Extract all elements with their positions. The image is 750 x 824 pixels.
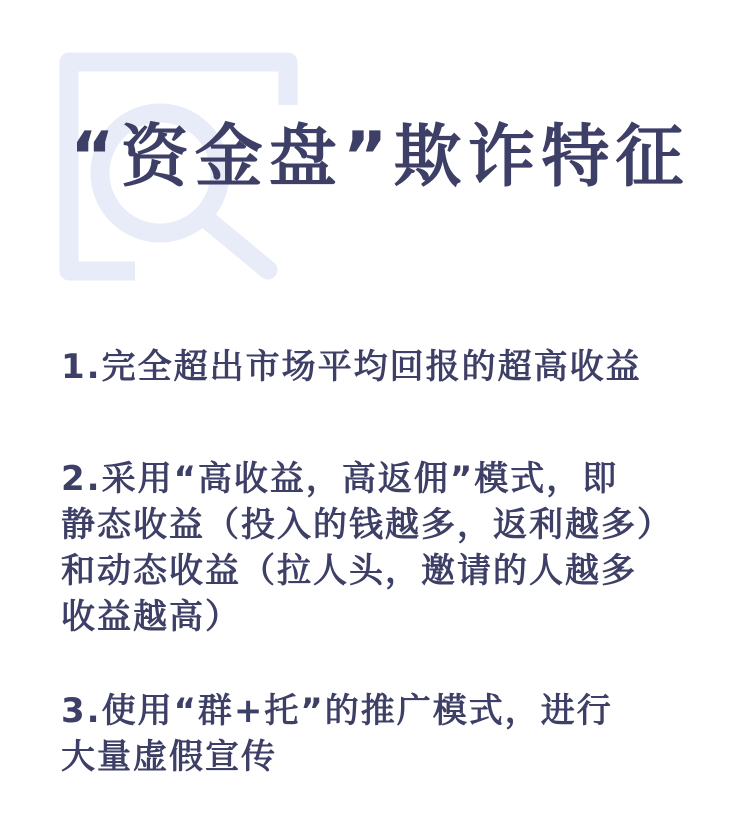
list-item-text: 静态收益（投入的钱越多，返利越多） — [61, 502, 721, 548]
list-item-text: 和动态收益（拉人头，邀请的人越多 — [61, 548, 721, 594]
list-item: 1.完全超出市场平均回报的超高收益 — [61, 344, 721, 390]
page-title: “资金盘”欺诈特征 — [70, 108, 750, 208]
list-item-text: 大量虚假宣传 — [61, 734, 721, 780]
list-item: 2.采用“高收益，高返佣”模式，即 静态收益（投入的钱越多，返利越多） 和动态收… — [61, 456, 721, 640]
list-item-text: 2.采用“高收益，高返佣”模式，即 — [61, 456, 721, 502]
list-item-text: 收益越高） — [61, 594, 721, 640]
list-item-text: 3.使用“群+托”的推广模式，进行 — [61, 688, 721, 734]
list-item-text: 1.完全超出市场平均回报的超高收益 — [61, 344, 721, 390]
list-item: 3.使用“群+托”的推广模式，进行 大量虚假宣传 — [61, 688, 721, 780]
